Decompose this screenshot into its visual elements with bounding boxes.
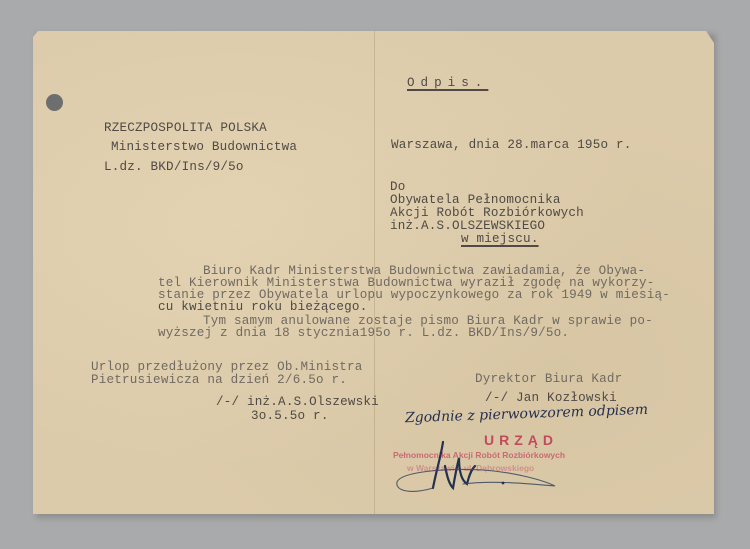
recipient-line-5: w miejscu. (461, 233, 539, 246)
body-line-4: cu kwietniu roku bieżącego. (158, 301, 367, 314)
header-ministry: Ministerstwo Budownictwa (111, 141, 297, 154)
note-line-2: Pietrusiewicza na dzień 2/6.5o r. (91, 374, 347, 387)
signature-icon (383, 436, 563, 506)
copy-label: Odpis. (407, 77, 488, 90)
header-reference: L.dz. BKD/Ins/9/5o (104, 161, 244, 174)
punch-hole (46, 94, 63, 111)
note-date: 3o.5.5o r. (251, 410, 329, 423)
body-line-6: wyższej z dnia 18 stycznia195o r. L.dz. … (158, 327, 569, 340)
header-republic: RZECZPOSPOLITA POLSKA (104, 122, 267, 135)
place-date: Warszawa, dnia 28.marca 195o r. (391, 139, 631, 152)
document-sheet: Odpis. RZECZPOSPOLITA POLSKA Ministerstw… (33, 31, 714, 514)
signatory-title: Dyrektor Biura Kadr (475, 373, 622, 386)
handwritten-note: Zgodnie z pierwowzorem odpisem (405, 402, 648, 426)
note-sign: /-/ inż.A.S.Olszewski (216, 396, 379, 409)
